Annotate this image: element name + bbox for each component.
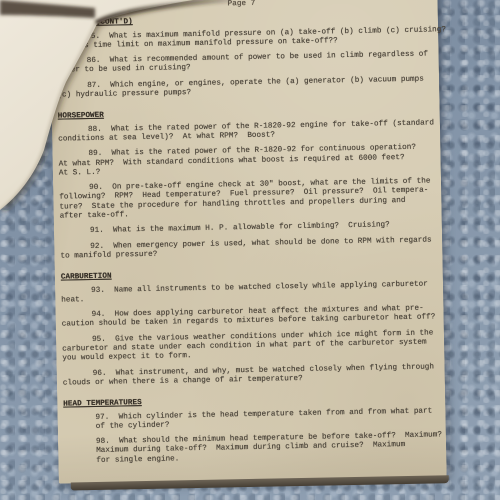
typed-text-column: Page 7 SS (CONT'D) 85. What is maximum m…	[55, 0, 445, 467]
question-86: 86. What is recommended amount of power …	[57, 51, 438, 77]
page-number: Page 7	[55, 0, 436, 13]
photo-of-document: Page 7 SS (CONT'D) 85. What is maximum m…	[0, 0, 500, 500]
question-line: 91. What is the maximum H. P. allowable …	[60, 221, 441, 238]
question-91: 91. What is the maximum H. P. allowable …	[60, 221, 441, 238]
question-88: 88. What is the rated power of the R-182…	[58, 119, 439, 145]
question-90: 90. On pre-take-off engine check at 30" …	[59, 177, 441, 221]
question-94: 94. How does applying carburetor heat af…	[61, 304, 442, 330]
question-87: 87. Which engine, or engines, operate th…	[57, 75, 438, 101]
question-85: 85. What is maximum manifold pressure on…	[56, 26, 437, 52]
question-95: 95. Give the various weather conditions …	[62, 329, 443, 364]
question-93: 93. Name all instruments to be watched c…	[61, 280, 442, 306]
question-97: 97. Which cylinder is the head temperatu…	[63, 407, 444, 433]
question-92: 92. When emergency power is used, what s…	[60, 236, 441, 262]
question-98: 98. What should the minimum head tempera…	[64, 431, 445, 466]
question-89: 89. What is the rated power of the R-182…	[58, 144, 439, 179]
question-96: 96. What instrument, and why, must be wa…	[63, 363, 444, 389]
document-page: Page 7 SS (CONT'D) 85. What is maximum m…	[49, 0, 446, 484]
page-stack-edge-shadow	[71, 475, 449, 490]
